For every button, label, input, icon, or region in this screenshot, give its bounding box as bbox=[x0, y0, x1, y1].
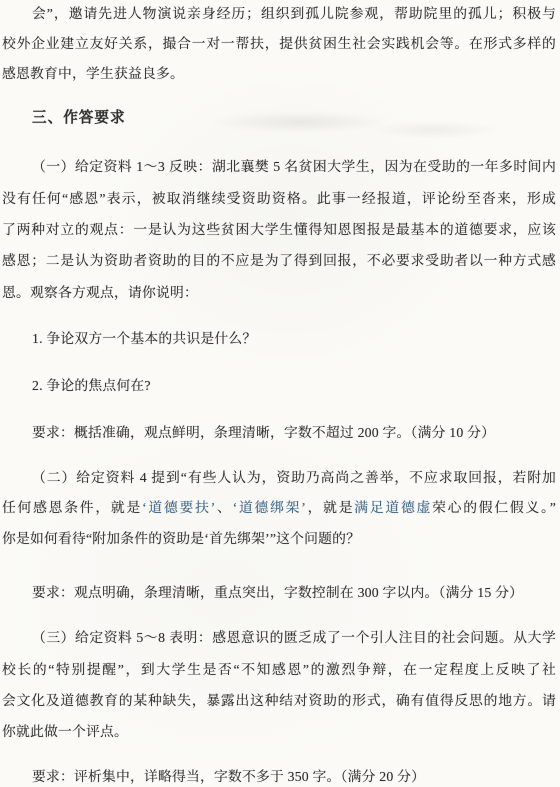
intro-line: 感恩教育中，学生获益良多。 bbox=[2, 64, 556, 84]
text-segment: 、 bbox=[215, 500, 232, 515]
section-heading: 三、作答要求 bbox=[2, 108, 556, 128]
highlight-segment: ‘道德要扶’ bbox=[142, 500, 215, 515]
question3-line: 会文化及道德教育的某种缺失，暴露出这种结对资助的形式，确有值得反思的地方。请 bbox=[2, 691, 556, 711]
intro-line: 会”，邀请先进人物演说亲身经历；组织到孤儿院参观，帮助院里的孤儿；积极与 bbox=[2, 4, 556, 24]
question3-line: 校长的“特别提醒”，到大学生是否“不知感恩”的激烈争辩，在一定程度上反映了社 bbox=[2, 660, 556, 680]
sub-question-1: 1. 争论双方一个基本的共识是什么？ bbox=[2, 329, 556, 349]
question1-line: 恩。观察各方观点，请你说明： bbox=[2, 283, 556, 303]
question1-line: 了两种对立的观点：一是认为这些贫困大学生懂得知恩图报是最基本的道德要求，应该 bbox=[2, 220, 556, 240]
question1-line: 感恩；二是认为资助者资助的目的不应是为了得到回报，不必要求受助者以一种方式感 bbox=[2, 251, 556, 271]
highlight-segment: 满足道德虚 bbox=[354, 500, 432, 515]
question2-line: 你是如何看待“附加条件的资助是‘首先绑架’”这个问题的？ bbox=[2, 529, 556, 549]
text-segment: 荣心的假仁假义。” bbox=[432, 500, 556, 515]
question3-line: 你就此做一个评点。 bbox=[2, 722, 556, 742]
question2-line: （二）给定资料 4 提到“有些人认为，资助乃高尚之善举，不应求取回报，若附加 bbox=[2, 468, 556, 488]
sub-question-2: 2. 争论的焦点何在? bbox=[2, 376, 556, 396]
question3-line: （三）给定资料 5～8 表明：感恩意识的匮乏成了一个引人注目的社会问题。从大学 bbox=[2, 628, 556, 648]
requirement-line: 要求：概括准确，观点鲜明，条理清晰，字数不超过 200 字。（满分 10 分） bbox=[2, 423, 556, 443]
requirement-line: 要求：观点明确，条理清晰，重点突出，字数控制在 300 字以内。（满分 15 分… bbox=[2, 583, 556, 603]
intro-line: 校外企业建立友好关系，撮合一对一帮扶，提供贫困生社会实践机会等。在形式多样的 bbox=[2, 34, 556, 54]
text-segment: ，就是 bbox=[306, 500, 354, 515]
question1-line: 没有任何“感恩”表示，被取消继续受资助资格。此事一经报道，评论纷至沓来，形成 bbox=[2, 189, 556, 209]
requirement-line: 要求：评析集中，详略得当，字数不多于 350 字。（满分 20 分） bbox=[2, 767, 556, 787]
document-page: 会”，邀请先进人物演说亲身经历；组织到孤儿院参观，帮助院里的孤儿；积极与 校外企… bbox=[0, 0, 560, 787]
question1-line: （一）给定资料 1～3 反映：湖北襄樊 5 名贫困大学生，因为在受助的一年多时间… bbox=[2, 157, 556, 177]
question2-line: 任何感恩条件，就是‘道德要扶’、‘道德绑架’，就是满足道德虚荣心的假仁假义。” bbox=[2, 498, 556, 518]
highlight-segment: ‘道德绑架’ bbox=[233, 500, 306, 515]
text-segment: 任何感恩条件，就是 bbox=[2, 500, 142, 515]
